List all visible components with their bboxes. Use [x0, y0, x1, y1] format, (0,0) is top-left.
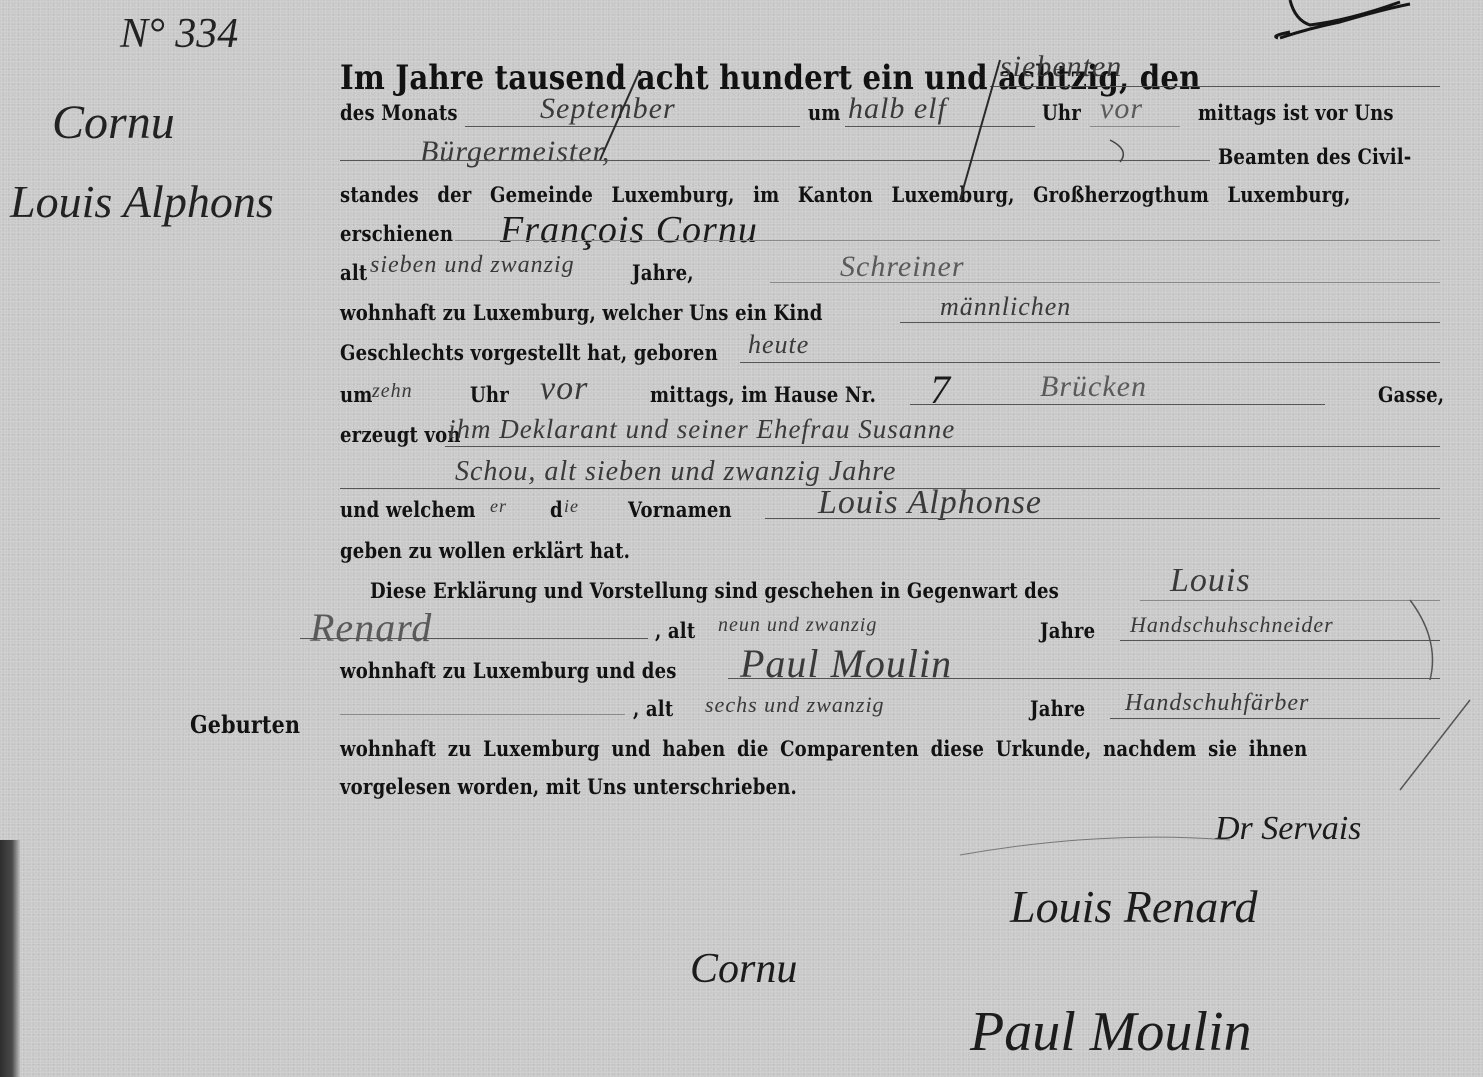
pen-strokes: [0, 0, 1483, 1077]
